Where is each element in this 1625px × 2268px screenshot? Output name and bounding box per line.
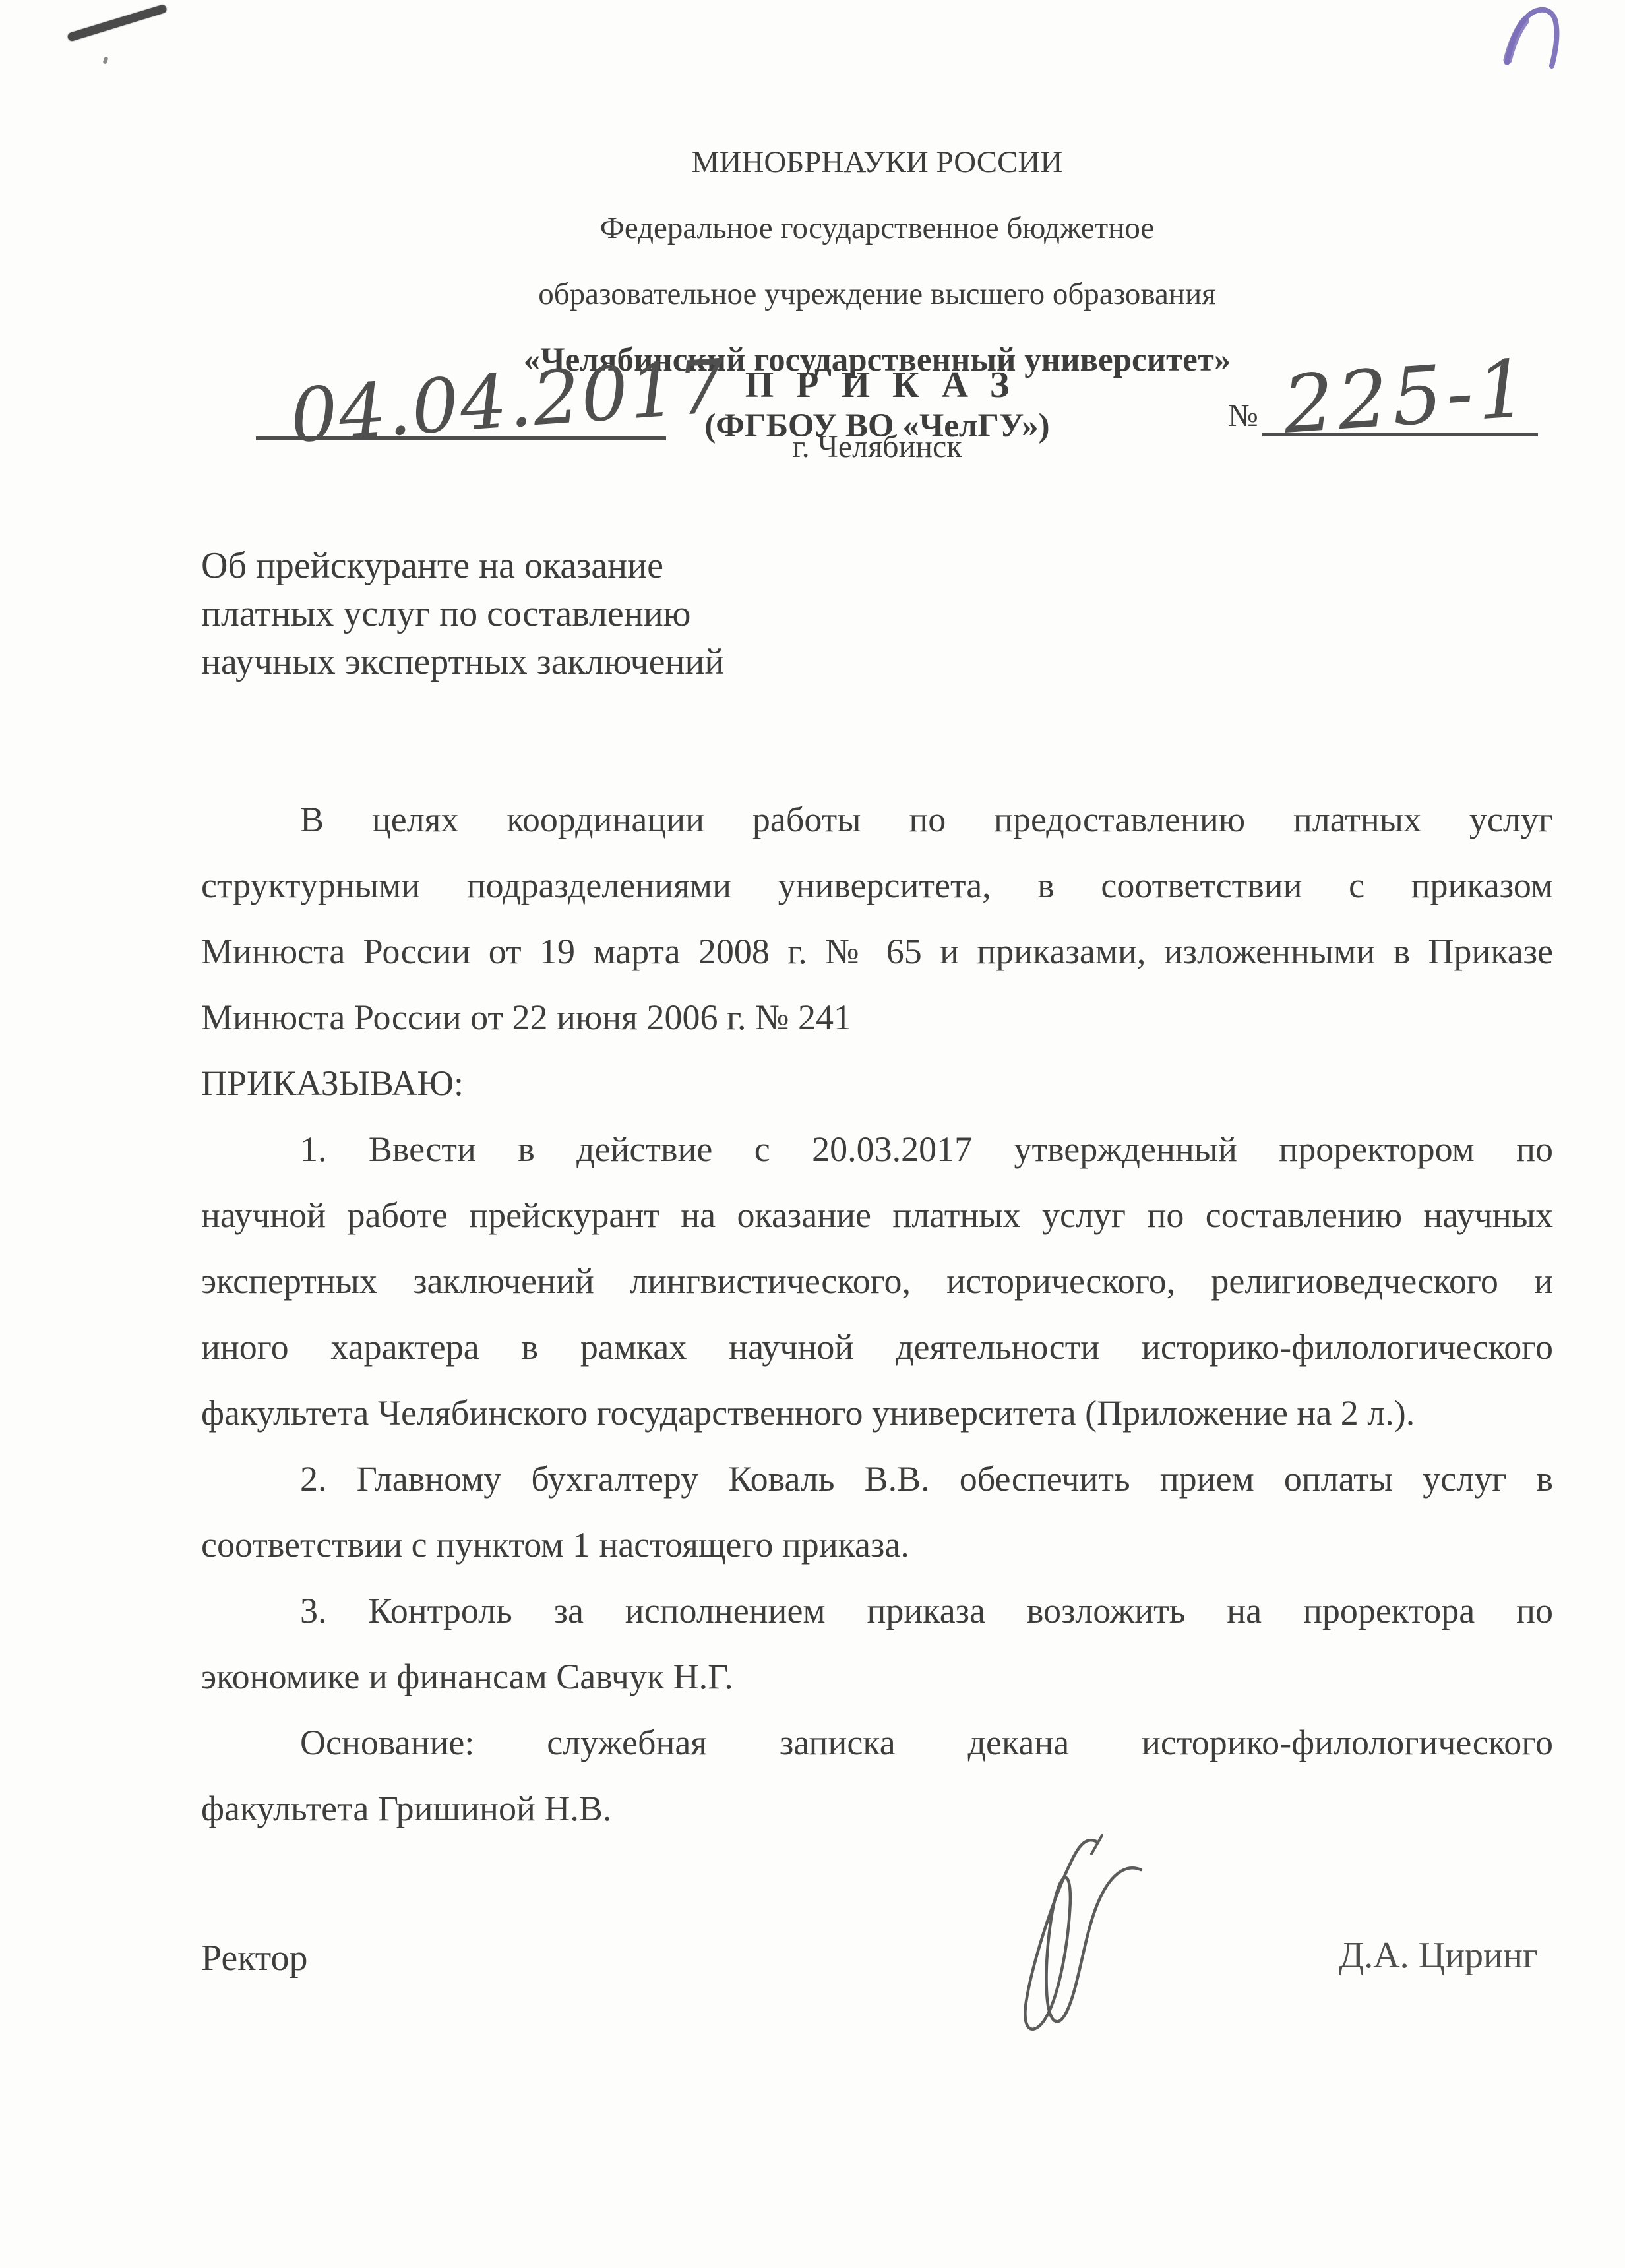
text-line: ПРИКАЗЫВАЮ:: [201, 1050, 1553, 1116]
text-line: Федеральное государственное бюджетное: [129, 195, 1625, 261]
text-line: платных услуг по составлению: [201, 590, 894, 638]
text-line: факультета Гришиной Н.В.: [201, 1776, 1553, 1841]
text-line: Основание: служебная записка декана исто…: [201, 1710, 1553, 1776]
order-item-1: 1. Ввести в действие с 20.03.2017 утверж…: [201, 1116, 1553, 1446]
signer-position: Ректор: [201, 1937, 307, 1979]
text-line: научных экспертных заключений: [201, 638, 894, 686]
text-line: образовательное учреждение высшего образ…: [129, 261, 1625, 327]
text-line: 1. Ввести в действие с 20.03.2017 утверж…: [201, 1116, 1553, 1182]
text-line: В целях координации работы по предоставл…: [201, 787, 1553, 852]
order-city: г. Челябинск: [129, 429, 1625, 465]
intro-paragraph: В целях координации работы по предоставл…: [201, 787, 1553, 1050]
order-item-2: 2. Главному бухгалтеру Коваль В.В. обесп…: [201, 1446, 1553, 1578]
order-body: В целях координации работы по предоставл…: [201, 787, 1553, 1841]
text-line: Об прейскуранте на оказание: [201, 542, 894, 590]
text-line: структурными подразделениями университет…: [201, 852, 1553, 918]
pen-slash-mark-icon: [67, 4, 168, 42]
order-item-3: 3. Контроль за исполнением приказа возло…: [201, 1578, 1553, 1710]
text-line: МИНОБРНАУКИ РОССИИ: [129, 129, 1625, 195]
order-number-field: № 225-1: [1228, 367, 1538, 436]
basis-paragraph: Основание: служебная записка декана исто…: [201, 1710, 1553, 1841]
text-line: 2. Главному бухгалтеру Коваль В.В. обесп…: [201, 1446, 1553, 1512]
text-line: иного характера в рамках научной деятель…: [201, 1314, 1553, 1380]
text-line: Минюста России от 19 марта 2008 г. № 65 …: [201, 918, 1553, 984]
subject-block: Об прейскуранте на оказаниеплатных услуг…: [201, 542, 894, 686]
text-line: факультета Челябинского государственного…: [201, 1380, 1553, 1446]
decree-word: ПРИКАЗЫВАЮ:: [201, 1050, 1553, 1116]
text-line: соответствии с пунктом 1 настоящего прик…: [201, 1512, 1553, 1578]
text-line: 3. Контроль за исполнением приказа возло…: [201, 1578, 1553, 1644]
text-line: научной работе прейскурант на оказание п…: [201, 1182, 1553, 1248]
signer-name: Д.А. Циринг: [1339, 1934, 1538, 1977]
pen-letter-mark-icon: [1492, 0, 1572, 78]
handwritten-signature-icon: [958, 1832, 1155, 2036]
document-page: МИНОБРНАУКИ РОССИИФедеральное государств…: [0, 0, 1625, 2268]
pen-speck-icon: [102, 56, 108, 64]
text-line: Минюста России от 22 июня 2006 г. № 241: [201, 984, 1553, 1050]
text-line: экспертных заключений лингвистического, …: [201, 1248, 1553, 1314]
text-line: экономике и финансам Савчук Н.Г.: [201, 1644, 1553, 1710]
